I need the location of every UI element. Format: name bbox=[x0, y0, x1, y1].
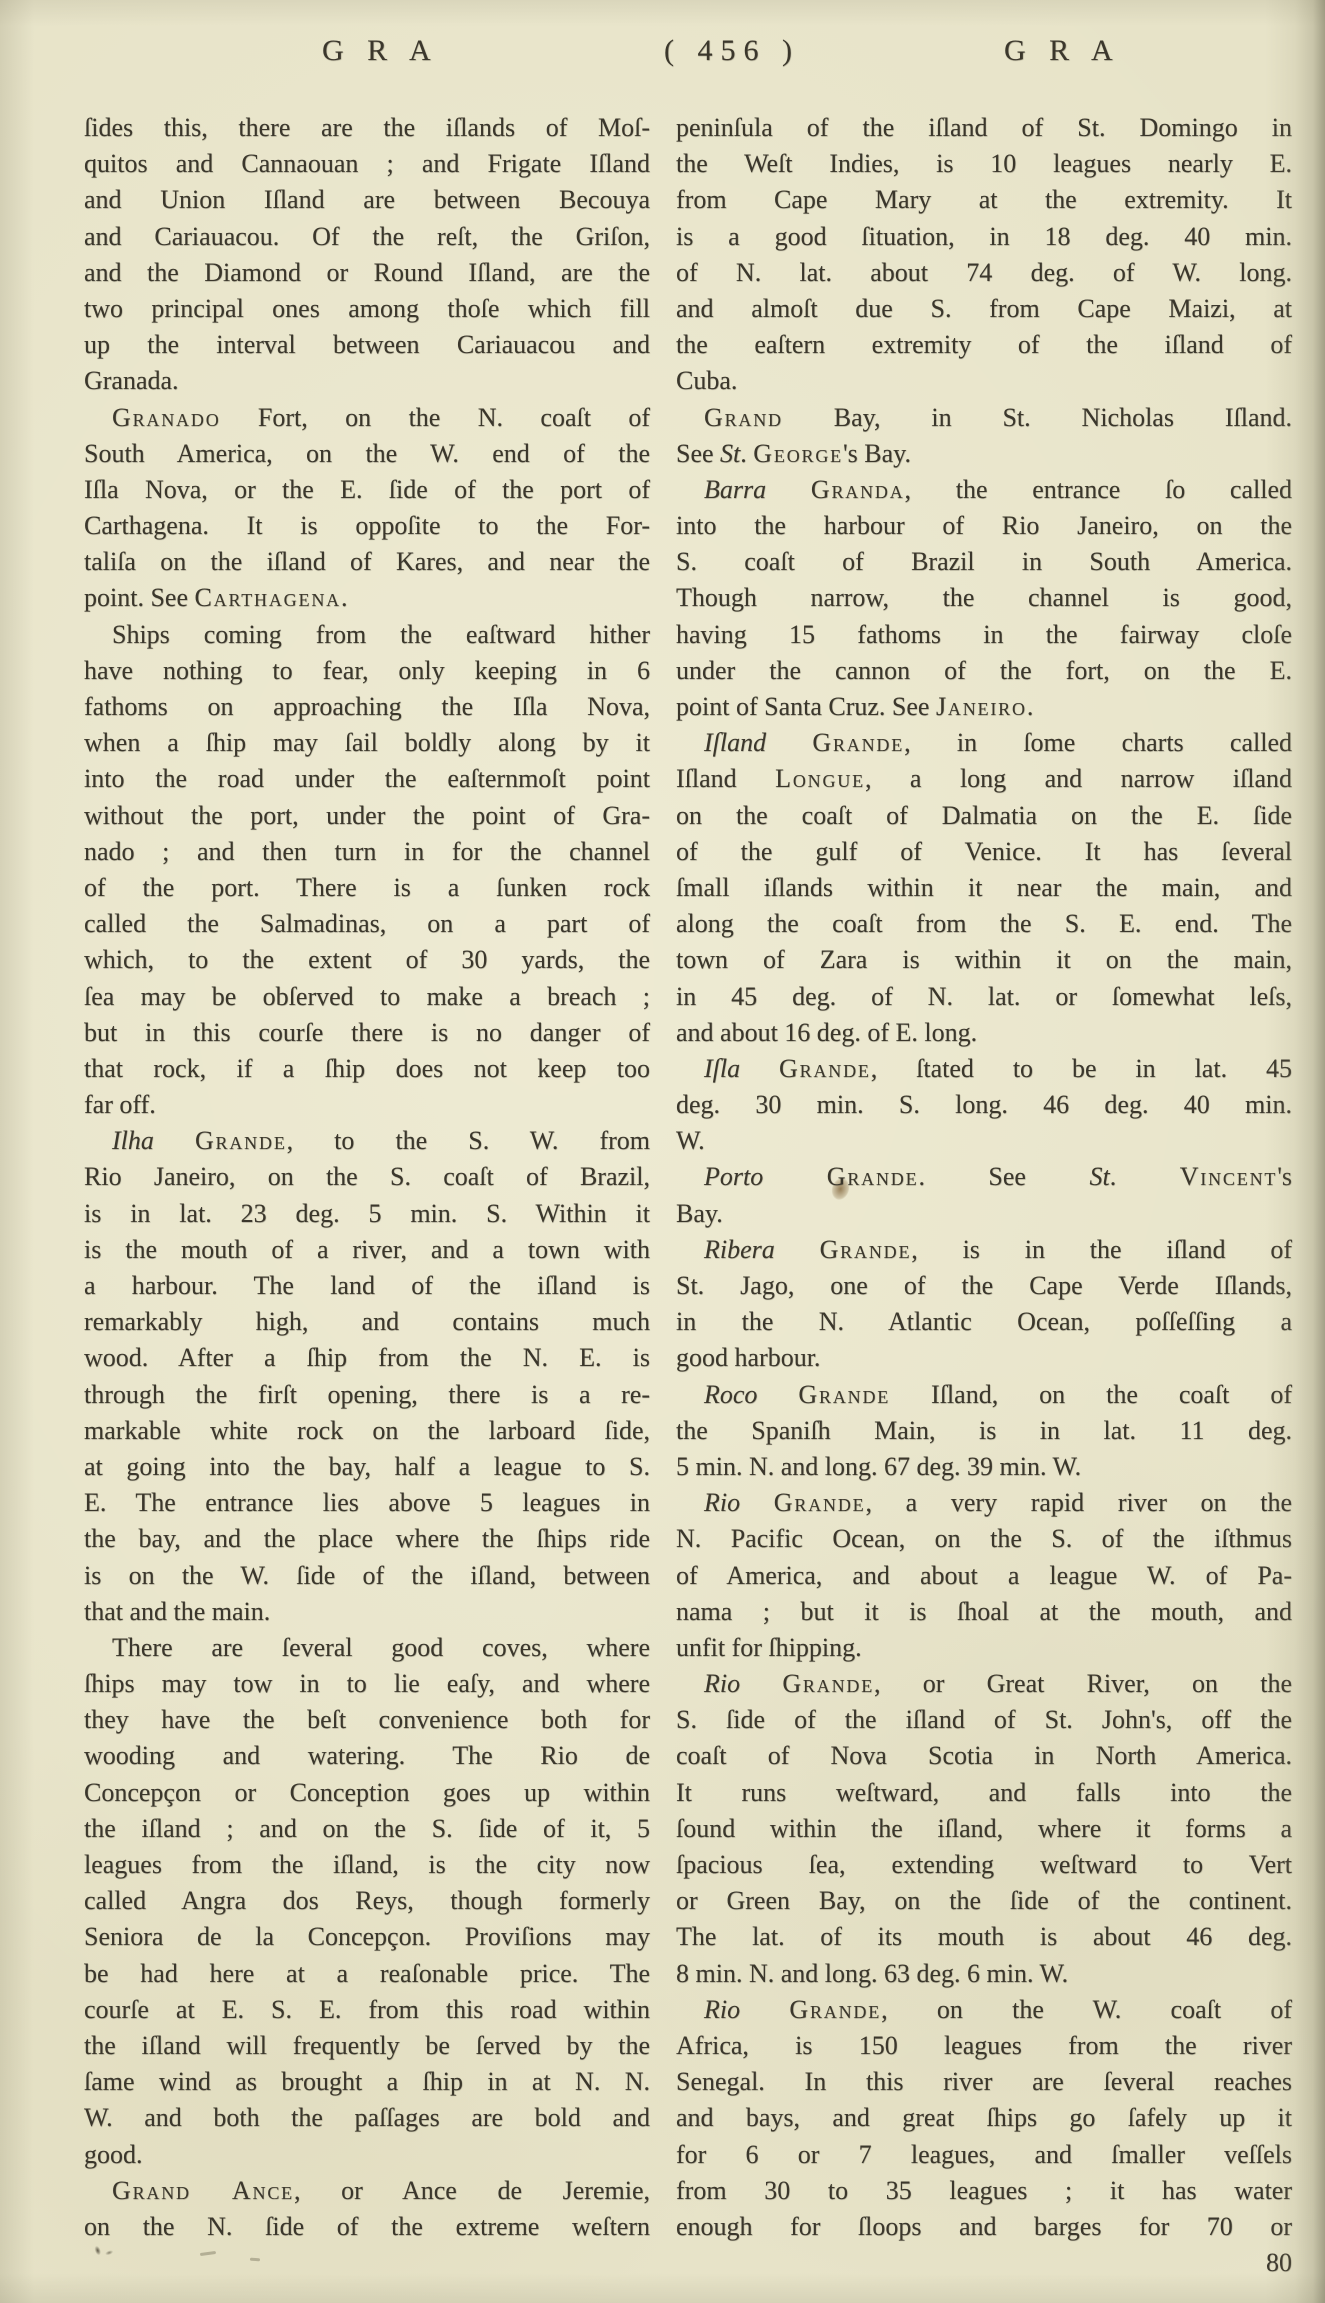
text-line: from Cape Mary at the extremity. It bbox=[676, 182, 1292, 218]
text-line: from 30 to 35 leagues ; it has water bbox=[676, 2173, 1292, 2209]
text-line: Bay. bbox=[676, 1196, 1292, 1232]
text-line: under the cannon of the fort, on the E. bbox=[676, 653, 1292, 689]
text-line: without the port, under the point of Gra… bbox=[84, 798, 650, 834]
running-head-left: G R A bbox=[322, 34, 439, 68]
text-line: or Green Bay, on the ſide of the contine… bbox=[676, 1883, 1292, 1919]
text-line: and about 16 deg. of E. long. bbox=[676, 1015, 1292, 1051]
text-line: 5 min. N. and long. 67 deg. 39 min. W. bbox=[676, 1449, 1292, 1485]
text-line: having 15 fathoms in the fairway cloſe bbox=[676, 617, 1292, 653]
text-line: Porto Grande. See St. Vincent's bbox=[676, 1159, 1292, 1195]
text-line: Iſla Nova, or the E. ſide of the port of bbox=[84, 472, 650, 508]
text-line: remarkably high, and contains much bbox=[84, 1304, 650, 1340]
text-line: ſea may be obſerved to make a breach ; bbox=[84, 979, 650, 1015]
text-line: ſmall iſlands within it near the main, a… bbox=[676, 870, 1292, 906]
page-number: ( 456 ) bbox=[664, 34, 800, 68]
text-line: W. bbox=[676, 1123, 1292, 1159]
text-line: wooding and watering. The Rio de bbox=[84, 1738, 650, 1774]
text-line: markable white rock on the larboard ſide… bbox=[84, 1413, 650, 1449]
text-line: coaſt of Nova Scotia in North America. bbox=[676, 1738, 1292, 1774]
text-line: Granado Fort, on the N. coaſt of bbox=[84, 400, 650, 436]
text-line: peninſula of the iſland of St. Domingo i… bbox=[676, 110, 1292, 146]
text-line: called the Salmadinas, on a part of bbox=[84, 906, 650, 942]
book-page: G R A ( 456 ) G R A ſides this, there ar… bbox=[0, 0, 1325, 2303]
text-line: It runs weſtward, and falls into the bbox=[676, 1775, 1292, 1811]
text-line: Carthagena. It is oppoſite to the For- bbox=[84, 508, 650, 544]
text-line: along the coaſt from the S. E. end. The bbox=[676, 906, 1292, 942]
text-line: S. ſide of the iſland of St. John's, off… bbox=[676, 1702, 1292, 1738]
text-line: nama ; but it is ſhoal at the mouth, and bbox=[676, 1594, 1292, 1630]
text-line: is a good ſituation, in 18 deg. 40 min. bbox=[676, 219, 1292, 255]
text-line: quitos and Cannaouan ; and Frigate Iſlan… bbox=[84, 146, 650, 182]
text-line: up the interval between Cariauacou and bbox=[84, 327, 650, 363]
text-line: W. and both the paſſages are bold and bbox=[84, 2100, 650, 2136]
text-line: unfit for ſhipping. bbox=[676, 1630, 1292, 1666]
text-line: Granada. bbox=[84, 363, 650, 399]
text-line: Concepçon or Conception goes up within bbox=[84, 1775, 650, 1811]
text-line: for 6 or 7 leagues, and ſmaller veſſels bbox=[676, 2137, 1292, 2173]
text-line: at going into the bay, half a league to … bbox=[84, 1449, 650, 1485]
text-line: point. See Carthagena. bbox=[84, 580, 650, 616]
text-line: the Spaniſh Main, is in lat. 11 deg. bbox=[676, 1413, 1292, 1449]
running-header: G R A ( 456 ) G R A bbox=[0, 34, 1325, 80]
text-line: Grand Ance, or Ance de Jeremie, bbox=[84, 2173, 650, 2209]
text-line: the bay, and the place where the ſhips r… bbox=[84, 1521, 650, 1557]
text-line: is on the W. ſide of the iſland, between bbox=[84, 1558, 650, 1594]
text-line: Rio Grande, or Great River, on the bbox=[676, 1666, 1292, 1702]
text-line: of the port. There is a ſunken rock bbox=[84, 870, 650, 906]
text-line: Seniora de la Concepçon. Proviſions may bbox=[84, 1919, 650, 1955]
text-line: is the mouth of a river, and a town with bbox=[84, 1232, 650, 1268]
text-line: which, to the extent of 30 yards, the bbox=[84, 942, 650, 978]
text-column-right: peninſula of the iſland of St. Domingo i… bbox=[676, 110, 1292, 2281]
text-line: of America, and about a league W. of Pa- bbox=[676, 1558, 1292, 1594]
text-line: town of Zara is within it on the main, bbox=[676, 942, 1292, 978]
text-line: Senegal. In this river are ſeveral reach… bbox=[676, 2064, 1292, 2100]
text-line: courſe at E. S. E. from this road within bbox=[84, 1992, 650, 2028]
text-line: into the road under the eaſternmoſt poin… bbox=[84, 761, 650, 797]
text-line: two principal ones among thoſe which fil… bbox=[84, 291, 650, 327]
text-line: Iſla Grande, ſtated to be in lat. 45 bbox=[676, 1051, 1292, 1087]
text-line: Roco Grande Iſland, on the coaſt of bbox=[676, 1377, 1292, 1413]
text-line: ſame wind as brought a ſhip in at N. N. bbox=[84, 2064, 650, 2100]
text-line: Ribera Grande, is in the iſland of bbox=[676, 1232, 1292, 1268]
text-line: Africa, is 150 leagues from the river bbox=[676, 2028, 1292, 2064]
text-line: Ilha Grande, to the S. W. from bbox=[84, 1123, 650, 1159]
text-line: E. The entrance lies above 5 leagues in bbox=[84, 1485, 650, 1521]
text-line: and the Diamond or Round Iſland, are the bbox=[84, 255, 650, 291]
text-line: St. Jago, one of the Cape Verde Iſlands, bbox=[676, 1268, 1292, 1304]
text-line: of N. lat. about 74 deg. of W. long. bbox=[676, 255, 1292, 291]
text-line: Ships coming from the eaſtward hither bbox=[84, 617, 650, 653]
text-line: far off. bbox=[84, 1087, 650, 1123]
text-line: wood. After a ſhip from the N. E. is bbox=[84, 1340, 650, 1376]
text-line: the iſland will frequently be ſerved by … bbox=[84, 2028, 650, 2064]
text-line: through the firſt opening, there is a re… bbox=[84, 1377, 650, 1413]
text-line: S. coaſt of Brazil in South America. bbox=[676, 544, 1292, 580]
text-line: Rio Janeiro, on the S. coaſt of Brazil, bbox=[84, 1159, 650, 1195]
text-line: Grand Bay, in St. Nicholas Iſland. bbox=[676, 400, 1292, 436]
text-line: ſhips may tow in to lie eaſy, and where bbox=[84, 1666, 650, 1702]
running-head-right: G R A bbox=[1004, 34, 1121, 68]
text-line: good. bbox=[84, 2137, 650, 2173]
text-line: a harbour. The land of the iſland is bbox=[84, 1268, 650, 1304]
text-line: and Union Iſland are between Becouya bbox=[84, 182, 650, 218]
text-line: in 45 deg. of N. lat. or ſomewhat leſs, bbox=[676, 979, 1292, 1015]
text-line: ſides this, there are the iſlands of Moſ… bbox=[84, 110, 650, 146]
text-line: ſpacious ſea, extending weſtward to Vert bbox=[676, 1847, 1292, 1883]
text-line: There are ſeveral good coves, where bbox=[84, 1630, 650, 1666]
text-line: into the harbour of Rio Janeiro, on the bbox=[676, 508, 1292, 544]
text-line: See St. George's Bay. bbox=[676, 436, 1292, 472]
text-line: they have the beſt convenience both for bbox=[84, 1702, 650, 1738]
text-line: fathoms on approaching the Iſla Nova, bbox=[84, 689, 650, 725]
text-line: Iſland Longue, a long and narrow iſland bbox=[676, 761, 1292, 797]
text-line: nado ; and then turn in for the channel bbox=[84, 834, 650, 870]
text-line: the iſland ; and on the S. ſide of it, 5 bbox=[84, 1811, 650, 1847]
text-line: called Angra dos Reys, though formerly bbox=[84, 1883, 650, 1919]
text-line: Rio Grande, on the W. coaſt of bbox=[676, 1992, 1292, 2028]
text-line: Barra Granda, the entrance ſo called bbox=[676, 472, 1292, 508]
text-line: the Weſt Indies, is 10 leagues nearly E. bbox=[676, 146, 1292, 182]
text-line: be had here at a reaſonable price. The bbox=[84, 1956, 650, 1992]
text-line: enough for ſloops and barges for 70 or bbox=[676, 2209, 1292, 2245]
text-line: and Cariauacou. Of the reſt, the Griſon, bbox=[84, 219, 650, 255]
text-line: Rio Grande, a very rapid river on the bbox=[676, 1485, 1292, 1521]
text-line: and almoſt due S. from Cape Maizi, at bbox=[676, 291, 1292, 327]
text-line: taliſa on the iſland of Kares, and near … bbox=[84, 544, 650, 580]
text-line: 8 min. N. and long. 63 deg. 6 min. W. bbox=[676, 1956, 1292, 1992]
text-line: point of Santa Cruz. See Janeiro. bbox=[676, 689, 1292, 725]
text-line: deg. 30 min. S. long. 46 deg. 40 min. bbox=[676, 1087, 1292, 1123]
text-line: leagues from the iſland, is the city now bbox=[84, 1847, 650, 1883]
text-line: good harbour. bbox=[676, 1340, 1292, 1376]
text-line: N. Pacific Ocean, on the S. of the iſthm… bbox=[676, 1521, 1292, 1557]
text-line: ſound within the iſland, where it forms … bbox=[676, 1811, 1292, 1847]
text-line: on the coaſt of Dalmatia on the E. ſide bbox=[676, 798, 1292, 834]
text-line: when a ſhip may ſail boldly along by it bbox=[84, 725, 650, 761]
text-line: Cuba. bbox=[676, 363, 1292, 399]
ink-smudge bbox=[200, 2251, 216, 2256]
text-line: that rock, if a ſhip does not keep too bbox=[84, 1051, 650, 1087]
ink-smudge bbox=[250, 2258, 260, 2262]
text-line: on the N. ſide of the extreme weſtern bbox=[84, 2209, 650, 2245]
text-line: Iſland Grande, in ſome charts called bbox=[676, 725, 1292, 761]
text-line: 80 bbox=[676, 2245, 1292, 2281]
text-line: of the gulf of Venice. It has ſeveral bbox=[676, 834, 1292, 870]
text-line: is in lat. 23 deg. 5 min. S. Within it bbox=[84, 1196, 650, 1232]
text-line: that and the main. bbox=[84, 1594, 650, 1630]
text-line: Though narrow, the channel is good, bbox=[676, 580, 1292, 616]
text-line: the eaſtern extremity of the iſland of bbox=[676, 327, 1292, 363]
text-line: and bays, and great ſhips go ſafely up i… bbox=[676, 2100, 1292, 2136]
text-line: have nothing to fear, only keeping in 6 bbox=[84, 653, 650, 689]
text-column-left: ſides this, there are the iſlands of Moſ… bbox=[84, 110, 650, 2245]
text-line: in the N. Atlantic Ocean, poſſeſſing a bbox=[676, 1304, 1292, 1340]
text-line: South America, on the W. end of the bbox=[84, 436, 650, 472]
text-line: The lat. of its mouth is about 46 deg. bbox=[676, 1919, 1292, 1955]
text-line: but in this courſe there is no danger of bbox=[84, 1015, 650, 1051]
